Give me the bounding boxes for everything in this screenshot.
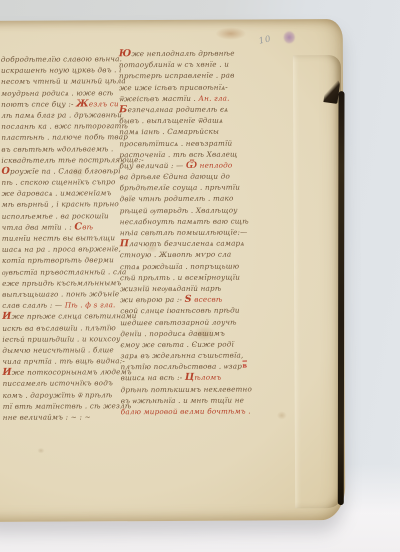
manuscript-text: чила прчтїа . тѣ вщѣ видна:- [2, 356, 125, 366]
manuscript-text: пѣ . спскою сщеннїкъ съпро [2, 177, 116, 187]
manuscript-text: ѣломъ [194, 373, 221, 382]
manuscript-line: ісквадѣтелѣ тѣе пострѣляюще:- [1, 154, 117, 166]
manuscript-text: вѣ [82, 222, 93, 231]
manuscript-line: добродѣтелїю славою вѣнча. [1, 53, 117, 65]
manuscript-line: ва дрѣвле Єдина дающи до [119, 171, 241, 183]
manuscript-line: плътїю послѣдьствова . ѡзар [120, 361, 242, 373]
manuscript-line: въ ѡжѣнѣнїа . и мнѣ тщїи не [121, 394, 243, 406]
manuscript-line: искрашенѣ ноую црквь двъ . і [1, 64, 117, 76]
manuscript-text: же даровасѧ . имаженїамъ [2, 189, 112, 199]
manuscript-line: Иже поткосорнынамъ людемъ [3, 366, 119, 378]
manuscript-text: жизнїй неѹвѧданїй нарѣ [120, 284, 221, 294]
manuscript-text: просвѣтїтисѧ . невъзратїй [119, 138, 232, 148]
manuscript-text: ѹвѣстїа пръвостланнѣй . сла [2, 267, 126, 277]
manuscript-text: расточенїа . тѣ всѣ Хвалещ [119, 149, 237, 159]
manuscript-line: брѣдѣтелїе соуща . прѣчтїи [120, 182, 242, 194]
book-cover-edge [338, 91, 345, 505]
manuscript-line: котїа прѣтворѣть дверми [2, 255, 118, 267]
manuscript-line: прѣстерѣ исправленїе . рав [119, 70, 241, 82]
manuscript-line: памѧ іанѣ . Самарѣйскы [119, 126, 241, 138]
manuscript-line: зарѧ въ жделѣнна съшьствїа, [120, 350, 242, 362]
rubric-initial: Ж [76, 98, 89, 109]
manuscript-line: бывъ . выплъщенїе ѿдашѧ [119, 115, 241, 127]
library-stamp [284, 31, 295, 43]
manuscript-text: зарѧ въ жделѣнна съшьствїа, [120, 351, 243, 361]
manuscript-line: жи вѣрою ра :- Ѕ всесвѣ [120, 294, 242, 306]
manuscript-text: двїе чтнѣ родителѣ . тако [120, 194, 234, 204]
page-edges [293, 55, 343, 508]
manuscript-line: тилнїи нестѣ вы вытълщи [2, 232, 118, 244]
rubric-initial: П [120, 238, 129, 249]
manuscript-text: же неплодналѣ дрѣвнѣе [131, 49, 234, 59]
manuscript-line: ѹвѣстїа пръвостланнѣй . сла [2, 266, 118, 278]
manuscript-text: дымчю неисчѣтный . блше [2, 345, 113, 355]
manuscript-text: дрѣнѣ потѣкшимъ неклеветно [121, 384, 252, 394]
manuscript-line: Иже прѣже слнца свѣтилнами [2, 311, 118, 323]
manuscript-text: Пѣ . ф s гла. [65, 300, 116, 309]
manuscript-text: неслабноутѣ памѧтѣ ваю сщѣ [120, 216, 249, 226]
manuscript-line: двїе чтнѣ родителѣ . тако [120, 193, 242, 205]
manuscript-line: просвѣтїтисѧ . невъзратїй [119, 137, 241, 149]
manuscript-line: еже прѣидѣ късѣмлѣннымъ [2, 277, 118, 289]
manuscript-text: вшисѧ на всѣ :- [121, 373, 185, 382]
manuscript-text: же иже ісѣвъ присвоѣнїѧ- [119, 82, 228, 92]
rubric-initial: И [2, 311, 11, 322]
manuscript-text: ѿжеісѣвъ мастїи . [119, 94, 198, 103]
manuscript-line: стноую . Живопѣ мѵро сла [120, 249, 242, 261]
manuscript-text: поютъ спсе бцу :- [1, 99, 76, 108]
manuscript-line: несомъ чтнѣй и маинѣй цѣла [1, 76, 117, 88]
manuscript-text: езпечалнаа родителѣ єѧ [128, 105, 229, 115]
manuscript-text: тилнїи нестѣ вы вытълщи [2, 233, 115, 243]
manuscript-text: въ ѡжѣнѣнїа . и мнѣ тщїи не [121, 395, 244, 405]
manuscript-book: добродѣтелїю славою вѣнча.искрашенѣ ноую… [0, 19, 345, 522]
manuscript-text: пластѣнѣ . палюче побѣ твар [1, 132, 128, 142]
manuscript-text: нне величаймъ : ~ : ~ [3, 412, 91, 421]
manuscript-line: моудрьна родисѧ . юже всѣ [1, 87, 117, 99]
margin-mark: в [242, 362, 247, 370]
manuscript-line: чтла два мтїи . : Свѣ [2, 221, 118, 233]
manuscript-line: денїи . породисѧ давшимъ [120, 327, 242, 339]
manuscript-line: рѣщей ѹтврьдѣ . Хвалѣщоу [120, 204, 242, 216]
manuscript-text: же прѣже слнца свѣтилнами [11, 311, 136, 321]
manuscript-text: котїа прѣтворѣть дверми [2, 256, 114, 266]
manuscript-text: бывъ . выплъщенїе ѿдашѧ [119, 116, 223, 126]
manuscript-line: вшисѧ на всѣ :- Цѣломъ [121, 372, 243, 384]
manuscript-text: всесвѣ [192, 295, 223, 304]
manuscript-line: же даровасѧ . имаженїамъ [2, 187, 118, 199]
manuscript-text: Ан. гла. [198, 93, 229, 102]
manuscript-line: Плачютъ безчисленаѧ самарѧ [120, 238, 242, 250]
manuscript-text: искѣ ва въславшїи . плътїю [2, 323, 116, 333]
manuscript-line: мѣ вѣрнѣй , і краснѣ прѣно [2, 199, 118, 211]
manuscript-text: тї втѣ матїнствѣ . сѣ жезлѣ [3, 401, 132, 411]
manuscript-text: стноую . Живопѣ мѵро сла [120, 250, 232, 260]
manuscript-text: несомъ чтнѣй и маинѣй цѣла [1, 77, 126, 87]
manuscript-text: шедшее свѣтозарной лоучѣ [120, 317, 236, 327]
rubric-initial: И [3, 367, 12, 378]
manuscript-text: въ свѣтѣмѣ ѡдолѣваемѣ . [1, 144, 113, 154]
manuscript-text: лачютъ безчисленаѧ самарѧ [129, 239, 244, 249]
manuscript-line: лѣ памѧ благ ра . дръжавнѣй [1, 109, 117, 121]
manuscript-line: нне величаймъ : ~ : ~ [3, 411, 119, 423]
manuscript-line: потаоублинїа ѡ съ хвнїе . и [119, 59, 241, 71]
manuscript-text: роужїе па . Слава блговѣрї [10, 166, 121, 176]
manuscript-text: прѣстерѣ исправленїе . рав [119, 71, 235, 81]
manuscript-column-left: добродѣтелїю славою вѣнча.искрашенѣ ноую… [1, 53, 119, 423]
manuscript-column-right: Юже неплодналѣ дрѣвнѣепотаоублинїа ѡ съ … [119, 48, 243, 418]
manuscript-line: Ороужїе па . Слава блговѣрї [1, 165, 117, 177]
manuscript-line: посланѣ ка . вжс пѣторогатѣ [1, 120, 117, 132]
manuscript-text: еже прѣидѣ късѣмлѣннымъ [2, 278, 121, 288]
manuscript-text: слав слалѣ : — [2, 301, 65, 310]
manuscript-line: балю мировой велми бочтѣмъ . [121, 406, 243, 418]
manuscript-text: плътїю послѣдьствова . ѡзар [120, 362, 242, 372]
manuscript-text: ємоу же свѣта . Єиже родї [120, 340, 234, 350]
manuscript-line: свой слнце іюанѣсовѣ прѣди [120, 305, 242, 317]
manuscript-line: же иже ісѣвъ присвоѣнїѧ- [119, 81, 241, 93]
manuscript-line: писсамелѣ источнїкъ водъ [3, 378, 119, 390]
rubric-initial: Ѕ [185, 294, 192, 305]
manuscript-text: нѣіа свѣтлѣ помышлѣющїе:— [120, 228, 248, 238]
manuscript-text: исполѣемѣе . ва роскошїи [2, 211, 109, 221]
manuscript-line: ѿжеісѣвъ мастїи . Ан. гла. [119, 92, 241, 104]
manuscript-text: рѣщей ѹтврьдѣ . Хвалѣщоу [120, 205, 238, 215]
manuscript-text: посланѣ ка . вжс пѣторогатѣ [1, 121, 128, 131]
manuscript-text: чтла два мтїи . : [2, 222, 75, 231]
manuscript-line: бцу величай : — Ѿ неплодо [119, 159, 241, 171]
manuscript-text: памѧ іанѣ . Самарѣйскы [119, 127, 219, 137]
manuscript-line: стаѧ рождьшїа . попръщьшю [120, 260, 242, 272]
manuscript-text: выплъщьшаго . понѣ ждънїе [2, 289, 119, 299]
manuscript-line: пѣ . спскою сщеннїкъ съпро [2, 176, 118, 188]
manuscript-text: моудрьна родисѧ . юже всѣ [1, 88, 113, 98]
manuscript-text: мѣ вѣрнѣй , і краснѣ прѣно [2, 200, 119, 210]
manuscript-text: комъ . дароужїть ѿ прѣлѣ [3, 390, 113, 400]
manuscript-line: чила прчтїа . тѣ вщѣ видна:- [2, 355, 118, 367]
manuscript-line: дымчю неисчѣтный . блше [2, 344, 118, 356]
folio-number: 10 [258, 34, 273, 47]
rubric-initial: Ѿ [186, 160, 197, 171]
manuscript-text: искрашенѣ ноую црквь двъ . і [1, 65, 122, 75]
manuscript-text: же поткосорнынамъ людемъ [12, 367, 132, 377]
manuscript-line: неслабноутѣ памѧтѣ ваю сщѣ [120, 215, 242, 227]
manuscript-line: дрѣнѣ потѣкшимъ неклеветно [121, 383, 243, 395]
rubric-initial: Ц [185, 372, 195, 383]
manuscript-text: стаѧ рождьшїа . попръщьшю [120, 261, 239, 271]
manuscript-line: пластѣнѣ . палюче побѣ твар [1, 132, 117, 144]
manuscript-text: лѣ памѧ благ ра . дръжавнѣй [1, 110, 122, 120]
manuscript-line: сѣй прѣлть . и всемїрноущїи [120, 271, 242, 283]
manuscript-line: Юже неплодналѣ дрѣвнѣе [119, 48, 241, 60]
manuscript-line: ємоу же свѣта . Єиже родї [120, 338, 242, 350]
manuscript-line: искѣ ва въславшїи . плътїю [2, 322, 118, 334]
manuscript-text: денїи . породисѧ давшимъ [120, 328, 225, 338]
manuscript-text: шасѧ на ра . проса вѣрженїе, [2, 244, 121, 254]
manuscript-line: тї втѣ матїнствѣ . сѣ жезлѣ [3, 400, 119, 412]
manuscript-text: іесѣй пришѣдшїи . и коихсоу [2, 334, 120, 344]
rubric-initial: Ю [119, 48, 132, 59]
manuscript-text: жи вѣрою ра :- [120, 295, 185, 304]
manuscript-line: расточенїа . тѣ всѣ Хвалещ [119, 148, 241, 160]
rubric-initial: О [1, 166, 10, 177]
manuscript-line: шедшее свѣтозарной лоучѣ [120, 316, 242, 328]
manuscript-text: бцу величай : — [119, 161, 186, 170]
manuscript-line: іесѣй пришѣдшїи . и коихсоу [2, 333, 118, 345]
manuscript-line: въ свѣтѣмѣ ѡдолѣваемѣ . [1, 143, 117, 155]
manuscript-page: добродѣтелїю славою вѣнча.искрашенѣ ноую… [0, 19, 295, 522]
manuscript-line: нѣіа свѣтлѣ помышлѣющїе:— [120, 227, 242, 239]
photo-scene: добродѣтелїю славою вѣнча.искрашенѣ ноую… [0, 0, 400, 552]
manuscript-line: Безпечалнаа родителѣ єѧ [119, 104, 241, 116]
manuscript-line: выплъщьшаго . понѣ ждънїе [2, 288, 118, 300]
manuscript-line: поютъ спсе бцу :- Жезлъ си [1, 98, 117, 110]
manuscript-text: потаоублинїа ѡ съ хвнїе . и [119, 60, 229, 70]
manuscript-text: брѣдѣтелїе соуща . прѣчтїи [120, 183, 241, 193]
manuscript-text: балю мировой велми бочтѣмъ . [121, 407, 251, 417]
manuscript-text: езлъ си [89, 99, 119, 108]
manuscript-text: ва дрѣвле Єдина дающи до [119, 172, 230, 182]
manuscript-line: исполѣемѣе . ва роскошїи [2, 210, 118, 222]
manuscript-line: комъ . дароужїть ѿ прѣлѣ [3, 389, 119, 401]
manuscript-text: добродѣтелїю славою вѣнча. [1, 54, 122, 64]
manuscript-line: жизнїй неѹвѧданїй нарѣ [120, 283, 242, 295]
manuscript-line: слав слалѣ : — Пѣ . ф s гла. [2, 299, 118, 311]
manuscript-text: неплодо [197, 161, 232, 170]
manuscript-line: шасѧ на ра . проса вѣрженїе, [2, 243, 118, 255]
manuscript-text: сѣй прѣлть . и всемїрноущїи [120, 272, 240, 282]
manuscript-text: свой слнце іюанѣсовѣ прѣди [120, 306, 239, 316]
manuscript-text: писсамелѣ источнїкъ водъ [3, 379, 113, 389]
